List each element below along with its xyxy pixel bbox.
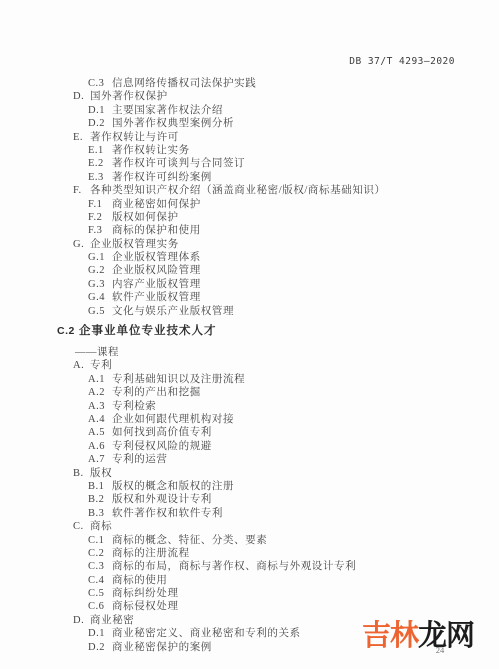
list-item: A.专利 [0, 359, 499, 372]
item-label: G.3 [88, 278, 105, 291]
item-text: 商业秘密 [90, 614, 134, 627]
list-item: C.4商标的使用 [0, 574, 499, 587]
list-item: A.4企业如何跟代理机构对接 [0, 413, 499, 426]
section-heading-label: C.2 [57, 324, 75, 338]
item-label: A.5 [88, 426, 105, 439]
item-text: 专利检索 [112, 400, 156, 413]
document-content: C.3信息网络传播权司法保护实践D.国外著作权保护D.1主要国家著作权法介绍D.… [0, 77, 499, 654]
outline-section-2: A.专利A.1专利基础知识以及注册流程A.2专利的产出和挖掘A.3专利检索A.4… [0, 359, 499, 654]
item-label: D. [73, 90, 84, 103]
item-text: 版权如何保护 [112, 211, 179, 224]
list-item: F.2版权如何保护 [0, 211, 499, 224]
page-number: 24 [430, 645, 450, 655]
standard-number: DB 37/T 4293—2020 [349, 56, 455, 67]
list-item: C.3信息网络传播权司法保护实践 [0, 77, 499, 90]
list-item: A.3专利检索 [0, 400, 499, 413]
item-label: C.5 [88, 587, 104, 600]
list-item: C.3商标的布局，商标与著作权、商标与外观设计专利 [0, 560, 499, 573]
item-text: 著作权转让实务 [112, 144, 190, 157]
list-item: G.3内容产业版权管理 [0, 278, 499, 291]
item-label: G.5 [88, 305, 105, 318]
item-text: 商业秘密如何保护 [112, 198, 201, 211]
list-item: F.3商标的保护和使用 [0, 224, 499, 237]
course-line-text: ——课程 [75, 346, 119, 359]
item-label: D.1 [88, 627, 105, 640]
item-text: 专利基础知识以及注册流程 [112, 373, 245, 386]
list-item: C.2商标的注册流程 [0, 547, 499, 560]
list-item: C.6商标侵权处理 [0, 600, 499, 613]
item-label: G.1 [88, 251, 105, 264]
list-item: G.4软件产业版权管理 [0, 291, 499, 304]
item-text: 专利侵权风险的规避 [112, 440, 212, 453]
item-text: 商标侵权处理 [112, 600, 179, 613]
list-item: B.1版权的概念和版权的注册 [0, 480, 499, 493]
list-item: E.著作权转让与许可 [0, 131, 499, 144]
item-label: D.2 [88, 641, 105, 654]
list-item: C.5商标纠纷处理 [0, 587, 499, 600]
item-text: 著作权许可纠纷案例 [112, 171, 212, 184]
item-text: 信息网络传播权司法保护实践 [112, 77, 256, 90]
list-item: A.5如何找到高价值专利 [0, 426, 499, 439]
item-label: C.1 [88, 534, 104, 547]
item-text: 版权 [90, 467, 112, 480]
item-label: B.2 [88, 493, 104, 506]
list-item: D.2国外著作权典型案例分析 [0, 117, 499, 130]
list-item: D.1主要国家著作权法介绍 [0, 104, 499, 117]
item-label: C.4 [88, 574, 104, 587]
item-text: 商标纠纷处理 [112, 587, 179, 600]
list-item: E.3著作权许可纠纷案例 [0, 171, 499, 184]
item-text: 内容产业版权管理 [112, 278, 201, 291]
item-label: D.1 [88, 104, 105, 117]
list-item: A.7专利的运营 [0, 453, 499, 466]
document-page: DB 37/T 4293—2020 C.3信息网络传播权司法保护实践D.国外著作… [0, 0, 499, 669]
item-label: F. [73, 184, 82, 197]
item-text: 商标的布局，商标与著作权、商标与外观设计专利 [112, 560, 356, 573]
item-label: C. [73, 520, 84, 533]
item-text: 商业秘密定义、商业秘密和专利的关系 [112, 627, 301, 640]
item-label: D. [73, 614, 84, 627]
section-heading: C.2 企事业单位专业技术人才 [0, 324, 499, 338]
item-label: A.7 [88, 453, 105, 466]
item-text: 专利的产出和挖掘 [112, 386, 201, 399]
outline-section-1: C.3信息网络传播权司法保护实践D.国外著作权保护D.1主要国家著作权法介绍D.… [0, 77, 499, 318]
item-text: 版权和外观设计专利 [112, 493, 212, 506]
list-item: F.1商业秘密如何保护 [0, 198, 499, 211]
item-label: E.2 [88, 157, 104, 170]
item-label: E.1 [88, 144, 104, 157]
course-line: ——课程 [0, 346, 499, 359]
item-label: A.4 [88, 413, 105, 426]
list-item: A.6专利侵权风险的规避 [0, 440, 499, 453]
list-item: C.1商标的概念、特征、分类、要素 [0, 534, 499, 547]
item-text: 软件产业版权管理 [112, 291, 201, 304]
item-label: A.6 [88, 440, 105, 453]
document-header: DB 37/T 4293—2020 [349, 56, 455, 67]
item-text: 商业秘密保护的案例 [112, 641, 212, 654]
item-label: F.3 [88, 224, 102, 237]
list-item: A.1专利基础知识以及注册流程 [0, 373, 499, 386]
list-item: E.2著作权许可谈判与合同签订 [0, 157, 499, 170]
item-label: A.1 [88, 373, 105, 386]
list-item: G.2企业版权风险管理 [0, 264, 499, 277]
item-label: G.2 [88, 264, 105, 277]
item-text: 如何找到高价值专利 [112, 426, 212, 439]
list-item: D.国外著作权保护 [0, 90, 499, 103]
item-label: B. [73, 467, 84, 480]
item-label: C.3 [88, 560, 104, 573]
item-text: 企业版权管理体系 [112, 251, 201, 264]
item-label: C.2 [88, 547, 104, 560]
list-item: B.2版权和外观设计专利 [0, 493, 499, 506]
item-label: D.2 [88, 117, 105, 130]
list-item: G.1企业版权管理体系 [0, 251, 499, 264]
item-text: 主要国家著作权法介绍 [112, 104, 223, 117]
item-text: 版权的概念和版权的注册 [112, 480, 234, 493]
list-item: B.版权 [0, 467, 499, 480]
item-text: 各种类型知识产权介绍（涵盖商业秘密/版权/商标基础知识） [90, 184, 386, 197]
item-label: G. [73, 238, 84, 251]
item-text: 商标 [90, 520, 112, 533]
item-text: 国外著作权保护 [90, 90, 168, 103]
item-label: A.2 [88, 386, 105, 399]
list-item: E.1著作权转让实务 [0, 144, 499, 157]
list-item: A.2专利的产出和挖掘 [0, 386, 499, 399]
item-label: E. [73, 131, 83, 144]
list-item: C.商标 [0, 520, 499, 533]
item-label: C.3 [88, 77, 104, 90]
item-text: 文化与娱乐产业版权管理 [112, 305, 234, 318]
item-label: B.1 [88, 480, 104, 493]
item-text: 商标的注册流程 [112, 547, 190, 560]
item-text: 企业如何跟代理机构对接 [112, 413, 234, 426]
item-text: 国外著作权典型案例分析 [112, 117, 234, 130]
section-heading-title: 企事业单位专业技术人才 [79, 324, 217, 338]
list-item: G.企业版权管理实务 [0, 238, 499, 251]
item-text: 企业版权管理实务 [90, 238, 179, 251]
watermark: 吉林龙网 [362, 613, 474, 654]
item-label: A.3 [88, 400, 105, 413]
item-label: E.3 [88, 171, 104, 184]
item-text: 著作权许可谈判与合同签订 [112, 157, 245, 170]
item-text: 软件著作权和软件专利 [112, 507, 223, 520]
item-text: 商标的概念、特征、分类、要素 [112, 534, 267, 547]
list-item: B.3软件著作权和软件专利 [0, 507, 499, 520]
item-text: 商标的保护和使用 [112, 224, 201, 237]
item-text: 商标的使用 [112, 574, 168, 587]
item-label: C.6 [88, 600, 104, 613]
item-text: 专利 [90, 359, 112, 372]
item-text: 企业版权风险管理 [112, 264, 201, 277]
watermark-part1: 吉林 [362, 620, 418, 652]
item-text: 著作权转让与许可 [90, 131, 179, 144]
item-label: F.2 [88, 211, 102, 224]
item-text: 专利的运营 [112, 453, 168, 466]
item-label: B.3 [88, 507, 104, 520]
item-label: G.4 [88, 291, 105, 304]
list-item: F.各种类型知识产权介绍（涵盖商业秘密/版权/商标基础知识） [0, 184, 499, 197]
list-item: G.5文化与娱乐产业版权管理 [0, 305, 499, 318]
item-label: A. [73, 359, 84, 372]
item-label: F.1 [88, 198, 102, 211]
